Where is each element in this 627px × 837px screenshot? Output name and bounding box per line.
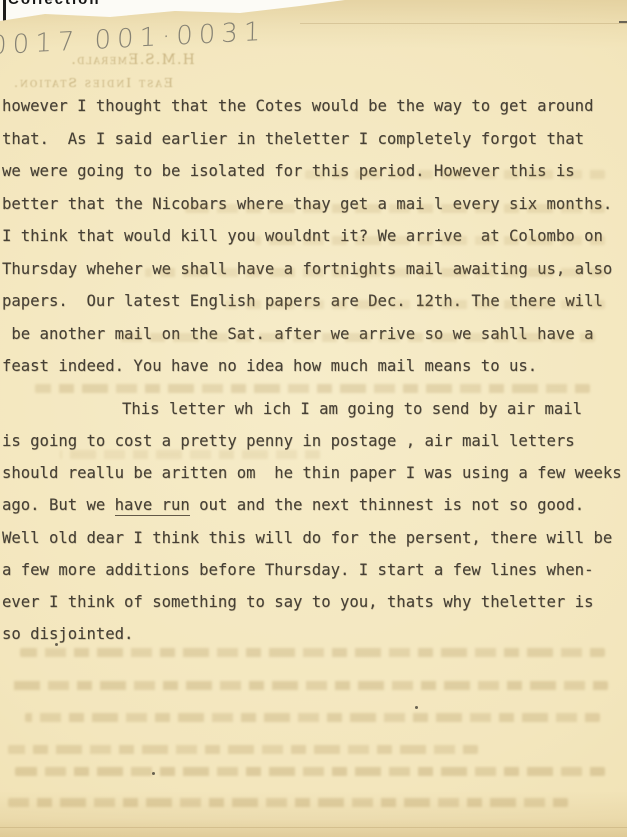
ghost-bleed-line (145, 268, 605, 277)
clipped-collection-label: Collection (8, 0, 248, 9)
ghost-bleed-line (255, 236, 605, 245)
typed-line: however I thought that the Cotes would b… (2, 97, 593, 115)
ghost-letterhead-station: East Indies Station. (12, 75, 173, 90)
ghost-bleed-line (35, 384, 590, 393)
ink-speck (415, 706, 418, 709)
ghost-bleed-line (20, 648, 605, 657)
ghost-bleed-line (115, 333, 595, 342)
underlined-typed-text: have run (115, 496, 190, 516)
ink-speck (55, 643, 58, 646)
typed-line: that. As I said earlier in theletter I c… (2, 130, 584, 148)
ghost-bleed-line (225, 300, 605, 309)
collection-label-text: Collection (8, 0, 248, 8)
typed-line: ever I think of something to say to you,… (2, 593, 593, 611)
typed-line-with-underline: ago. But we have run out and the next th… (2, 496, 584, 514)
scanned-letter-page: Collection 0017 001·0031 H.M.S.Emerald. … (0, 0, 627, 837)
paper-crease (0, 827, 627, 828)
typed-line: should reallu be aritten om he thin pape… (2, 464, 622, 482)
typed-line: so disjointed. (2, 625, 133, 643)
ghost-bleed-line (8, 681, 608, 690)
typed-line: feast indeed. You have no idea how much … (2, 357, 537, 375)
ghost-bleed-line (8, 745, 478, 754)
typed-line: Well old dear I think this will do for t… (2, 529, 612, 547)
typed-text: ago. But we (2, 496, 115, 514)
ghost-bleed-line (185, 204, 605, 213)
ghost-bleed-line (15, 767, 605, 776)
typed-line-indented: This letter wh ich I am going to send by… (122, 400, 582, 418)
ghost-bleed-line (25, 713, 600, 722)
typed-line: a few more additions before Thursday. I … (2, 561, 593, 579)
ink-speck (152, 772, 155, 775)
ghost-bleed-line (8, 798, 568, 807)
ghost-letterhead-ship: H.M.S.Emerald. (70, 52, 195, 68)
paper-crease (300, 23, 627, 24)
ghost-bleed-line (305, 170, 605, 179)
edge-mark (619, 21, 627, 23)
typed-text: out and the next thinnest is not so good… (190, 496, 584, 514)
ghost-bleed-line (60, 450, 320, 459)
typed-line: is going to cost a pretty penny in posta… (2, 432, 575, 450)
letter-paper: 0017 001·0031 H.M.S.Emerald. East Indies… (0, 0, 627, 837)
